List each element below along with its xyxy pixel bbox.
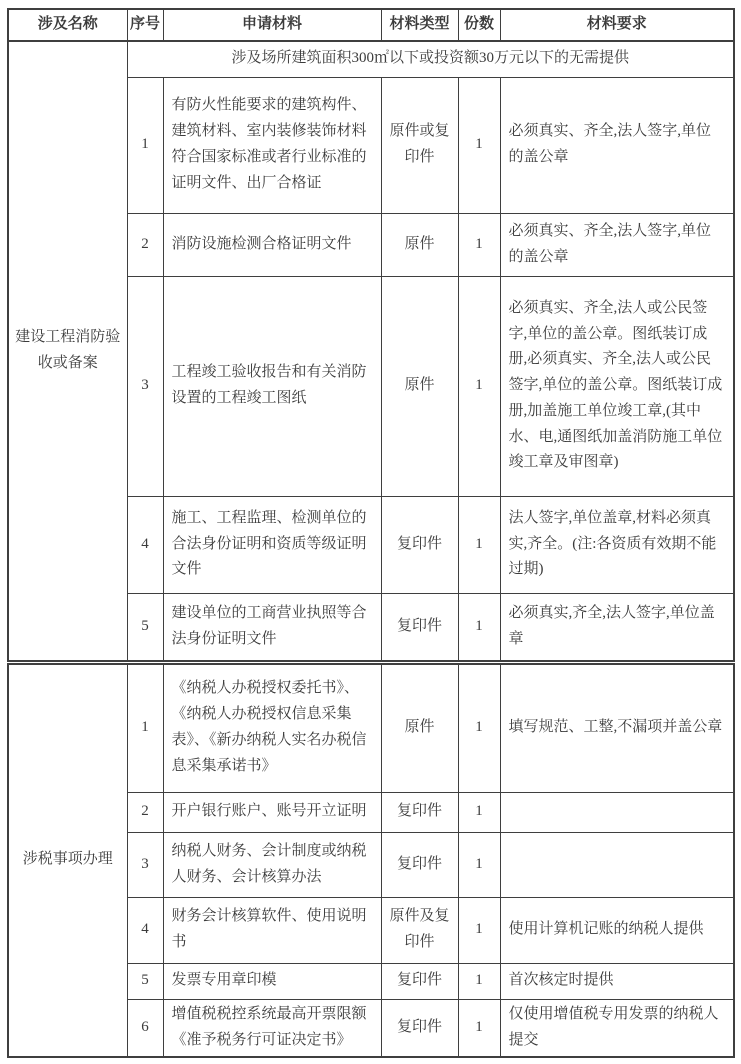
cell-requirement: 填写规范、工整,不漏项并盖公章 (500, 662, 734, 792)
section-fire-acceptance: 建设工程消防验收或备案 涉及场所建筑面积300㎡以下或投资额30万元以下的无需提… (8, 41, 734, 662)
cell-seq: 5 (127, 963, 163, 999)
cell-material: 纳税人财务、会计制度或纳税人财务、会计核算办法 (163, 832, 381, 897)
cell-type: 原件及复印件 (381, 897, 458, 963)
cell-material: 消防设施检测合格证明文件 (163, 213, 381, 276)
cell-material: 有防火性能要求的建筑构件、建筑材料、室内装修装饰材料符合国家标准或者行业标准的证… (163, 77, 381, 213)
cell-seq: 5 (127, 593, 163, 662)
cell-type: 复印件 (381, 792, 458, 832)
cell-seq: 6 (127, 999, 163, 1057)
cell-seq: 1 (127, 662, 163, 792)
cell-material: 工程竣工验收报告和有关消防设置的工程竣工图纸 (163, 276, 381, 496)
cell-requirement: 必须真实、齐全,法人或公民签字,单位的盖公章。图纸装订成册,必须真实、齐全,法人… (500, 276, 734, 496)
cell-type: 复印件 (381, 832, 458, 897)
cell-material: 开户银行账户、账号开立证明 (163, 792, 381, 832)
cell-requirement: 首次核定时提供 (500, 963, 734, 999)
cell-copies: 1 (458, 897, 500, 963)
header-row: 涉及名称 序号 申请材料 材料类型 份数 材料要求 (8, 9, 734, 41)
cell-copies: 1 (458, 963, 500, 999)
section-name-cell: 建设工程消防验收或备案 (8, 41, 127, 662)
cell-material: 《纳税人办税授权委托书》、《纳税人办税授权信息采集表》、《新办纳税人实名办税信息… (163, 662, 381, 792)
cell-copies: 1 (458, 496, 500, 593)
cell-copies: 1 (458, 662, 500, 792)
cell-copies: 1 (458, 276, 500, 496)
cell-material: 财务会计核算软件、使用说明书 (163, 897, 381, 963)
cell-material: 发票专用章印模 (163, 963, 381, 999)
cell-requirement (500, 792, 734, 832)
cell-requirement: 仅使用增值税专用发票的纳税人提交 (500, 999, 734, 1057)
cell-material: 施工、工程监理、检测单位的合法身份证明和资质等级证明文件 (163, 496, 381, 593)
section-name-cell: 涉税事项办理 (8, 662, 127, 1057)
cell-seq: 3 (127, 276, 163, 496)
cell-seq: 4 (127, 897, 163, 963)
cell-copies: 1 (458, 832, 500, 897)
cell-requirement: 使用计算机记账的纳税人提供 (500, 897, 734, 963)
cell-copies: 1 (458, 593, 500, 662)
cell-requirement (500, 832, 734, 897)
cell-type: 原件 (381, 213, 458, 276)
cell-material: 建设单位的工商营业执照等合法身份证明文件 (163, 593, 381, 662)
cell-copies: 1 (458, 213, 500, 276)
cell-seq: 3 (127, 832, 163, 897)
col-header-seq: 序号 (127, 9, 163, 41)
cell-seq: 2 (127, 792, 163, 832)
col-header-material: 申请材料 (163, 9, 381, 41)
cell-copies: 1 (458, 999, 500, 1057)
cell-copies: 1 (458, 77, 500, 213)
table-row: 涉税事项办理 1 《纳税人办税授权委托书》、《纳税人办税授权信息采集表》、《新办… (8, 662, 734, 792)
col-header-type: 材料类型 (381, 9, 458, 41)
cell-seq: 4 (127, 496, 163, 593)
col-header-name: 涉及名称 (8, 9, 127, 41)
materials-table: 涉及名称 序号 申请材料 材料类型 份数 材料要求 建设工程消防验收或备案 涉及… (7, 8, 735, 1058)
cell-copies: 1 (458, 792, 500, 832)
col-header-requirement: 材料要求 (500, 9, 734, 41)
col-header-copies: 份数 (458, 9, 500, 41)
cell-type: 原件或复印件 (381, 77, 458, 213)
exemption-note-cell: 涉及场所建筑面积300㎡以下或投资额30万元以下的无需提供 (127, 41, 734, 77)
cell-material: 增值税税控系统最高开票限额《准予税务行可证决定书》 (163, 999, 381, 1057)
cell-seq: 2 (127, 213, 163, 276)
cell-type: 复印件 (381, 593, 458, 662)
cell-seq: 1 (127, 77, 163, 213)
section-tax-matters: 涉税事项办理 1 《纳税人办税授权委托书》、《纳税人办税授权信息采集表》、《新办… (8, 662, 734, 1057)
cell-requirement: 必须真实、齐全,法人签字,单位的盖公章 (500, 213, 734, 276)
cell-requirement: 必须真实,齐全,法人签字,单位盖章 (500, 593, 734, 662)
cell-requirement: 法人签字,单位盖章,材料必须真实,齐全。(注:各资质有效期不能过期) (500, 496, 734, 593)
cell-type: 复印件 (381, 999, 458, 1057)
document-page: 涉及名称 序号 申请材料 材料类型 份数 材料要求 建设工程消防验收或备案 涉及… (0, 0, 741, 1064)
cell-type: 原件 (381, 662, 458, 792)
cell-type: 复印件 (381, 963, 458, 999)
cell-type: 复印件 (381, 496, 458, 593)
note-row: 建设工程消防验收或备案 涉及场所建筑面积300㎡以下或投资额30万元以下的无需提… (8, 41, 734, 77)
cell-type: 原件 (381, 276, 458, 496)
cell-requirement: 必须真实、齐全,法人签字,单位的盖公章 (500, 77, 734, 213)
